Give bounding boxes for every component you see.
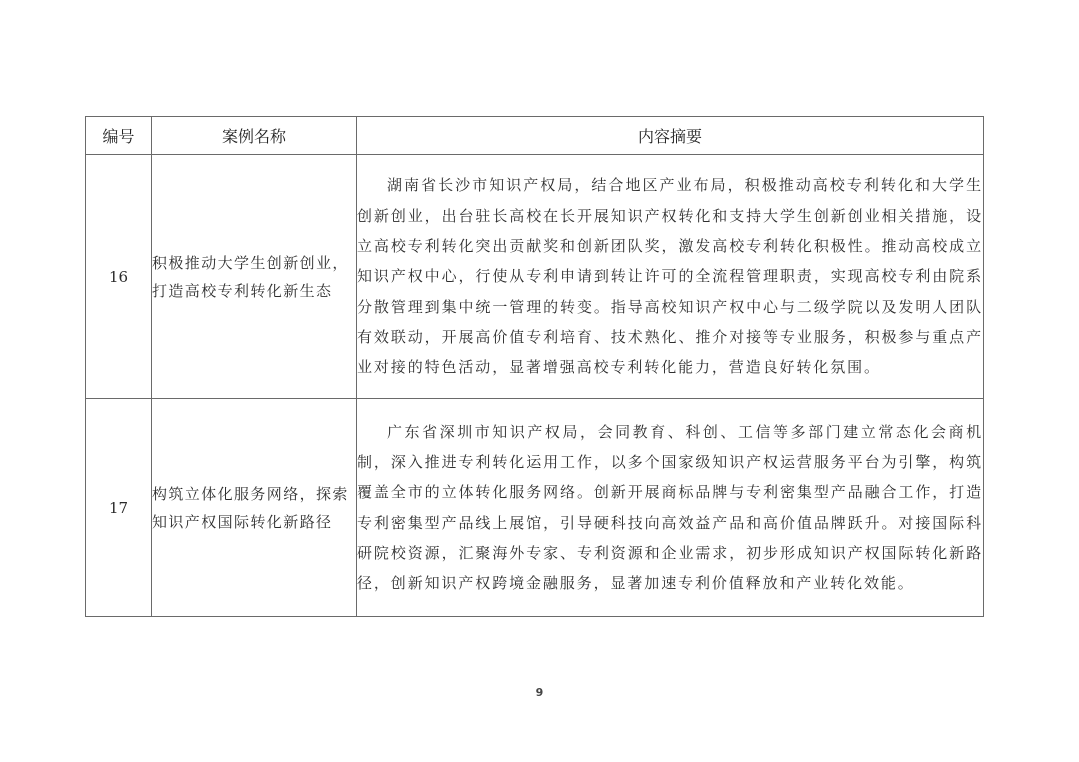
table-row: 16 积极推动大学生创新创业，打造高校专利转化新生态 湖南省长沙市知识产权局，结… (86, 155, 984, 399)
case-summary-text: 广东省深圳市知识产权局，会同教育、科创、工信等多部门建立常态化会商机制，深入推进… (357, 417, 983, 599)
table-row: 17 构筑立体化服务网络，探索知识产权国际转化新路径 广东省深圳市知识产权局，会… (86, 399, 984, 617)
page-number: 9 (0, 686, 1079, 699)
case-name: 构筑立体化服务网络，探索知识产权国际转化新路径 (152, 399, 357, 617)
header-case-name: 案例名称 (152, 117, 357, 155)
document-page: 编号 案例名称 内容摘要 16 积极推动大学生创新创业，打造高校专利转化新生态 … (0, 0, 1079, 762)
table-header-row: 编号 案例名称 内容摘要 (86, 117, 984, 155)
case-summary: 湖南省长沙市知识产权局，结合地区产业布局，积极推动高校专利转化和大学生创新创业，… (357, 155, 984, 399)
header-summary: 内容摘要 (357, 117, 984, 155)
case-number: 16 (86, 155, 152, 399)
case-name: 积极推动大学生创新创业，打造高校专利转化新生态 (152, 155, 357, 399)
case-summary: 广东省深圳市知识产权局，会同教育、科创、工信等多部门建立常态化会商机制，深入推进… (357, 399, 984, 617)
cases-table: 编号 案例名称 内容摘要 16 积极推动大学生创新创业，打造高校专利转化新生态 … (85, 116, 984, 617)
case-summary-text: 湖南省长沙市知识产权局，结合地区产业布局，积极推动高校专利转化和大学生创新创业，… (357, 170, 983, 382)
header-number: 编号 (86, 117, 152, 155)
case-number: 17 (86, 399, 152, 617)
